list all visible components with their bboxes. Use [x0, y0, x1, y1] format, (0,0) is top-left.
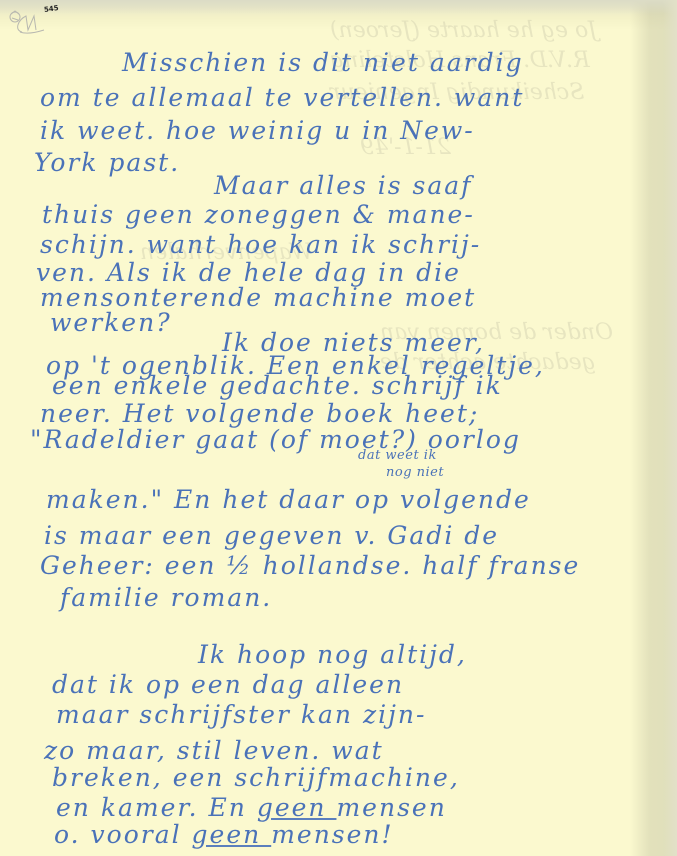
handwritten-line: Misschien is dit niet aardig — [122, 50, 524, 75]
handwritten-line: een enkele gedachte. schrijf ik — [52, 373, 503, 398]
scan-top-edge — [0, 0, 677, 14]
handwritten-line: o. vooral geen mensen! — [54, 822, 394, 847]
word: vooral — [91, 820, 192, 849]
handwritten-line: thuis geen zoneggen & mane- — [42, 202, 475, 227]
scan-right-edge — [663, 0, 677, 856]
underlined-word: geen — [257, 793, 337, 822]
handwritten-line: breken, een schrijfmachine, — [52, 765, 460, 790]
handwritten-line: zo maar, stil leven. wat — [44, 738, 384, 763]
bleed-through-text: Jo eg he haarte (Jeroen) — [330, 18, 597, 43]
handwritten-line: Geheer: een ½ hollandse. half franse — [40, 553, 580, 578]
handwritten-line: en kamer. En geen mensen — [56, 795, 447, 820]
handwritten-line: Maar alles is saaf — [214, 173, 472, 198]
handwritten-line: om te allemaal te vertellen. want — [40, 85, 524, 110]
archive-stamp-icon — [6, 8, 46, 36]
handwritten-line: neer. Het volgende boek heet; — [40, 401, 479, 426]
handwritten-line: York past. — [34, 150, 180, 175]
handwritten-line: "Radeldier gaat (of moet?) oorlog — [30, 427, 521, 452]
handwritten-line: ven. Als ik de hele dag in die — [36, 260, 461, 285]
word: o. — [54, 820, 91, 849]
handwritten-line: dat weet ik — [358, 449, 437, 462]
underlined-word: geen — [192, 820, 272, 849]
handwritten-line: nog niet — [386, 466, 444, 479]
handwritten-line: is maar een gegeven v. Gadi de — [44, 523, 499, 548]
handwritten-line: maken." En het daar op volgende — [46, 487, 531, 512]
handwritten-line: dat ik op een dag alleen — [52, 672, 404, 697]
word: kamer. — [101, 793, 209, 822]
letter-page: 545 Jo eg he haarte (Jeroen)R.V.D. Frans… — [0, 0, 677, 856]
handwritten-line: maar schrijfster kan zijn- — [56, 702, 426, 727]
word: mensen! — [271, 820, 393, 849]
handwritten-line: schijn. want hoe kan ik schrij- — [40, 232, 481, 257]
handwritten-line: mensonterende machine moet — [40, 285, 476, 310]
handwritten-line: familie roman. — [60, 585, 272, 610]
word: mensen — [336, 793, 446, 822]
handwritten-line: werken? — [50, 310, 172, 335]
handwritten-line: Ik hoop nog altijd, — [198, 642, 467, 667]
word: En — [209, 793, 257, 822]
word: en — [56, 793, 101, 822]
handwritten-line: ik weet. hoe weinig u in New- — [40, 118, 475, 143]
